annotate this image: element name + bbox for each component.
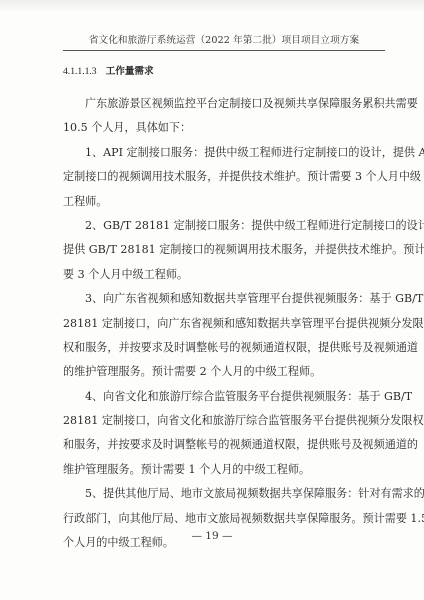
section-number: 4.1.1.1.3 [63,66,97,77]
paragraph-line: 工程师。 [63,192,385,216]
paragraph-line: 10.5 个人月，具体如下： [63,118,385,142]
paragraph-line: 维护管理服务。预计需要 1 个人月的中级工程师。 [63,460,385,484]
paragraph-summary: 广东旅游景区视频监控平台定制接口及视频共享保障服务累积共需要 10.5 个人月，… [63,94,385,143]
paragraph-line: 1、API 定制接口服务：提供中级工程师进行定制接口的设计，提供 API [63,143,385,167]
running-header-title: 省文化和旅游厅系统运营（2022 年第二批）项目项目立项方案 [63,34,385,48]
section-heading: 4.1.1.1.3 工作量需求 [63,65,154,79]
body-text: 广东旅游景区视频监控平台定制接口及视频共享保障服务累积共需要 10.5 个人月，… [63,94,385,557]
paragraph-line: 广东旅游景区视频监控平台定制接口及视频共享保障服务累积共需要 [63,94,385,118]
paragraph-line: 定制接口的视频调用技术服务，并提供技术维护。预计需要 3 个人月中级 [63,167,385,191]
paragraph-line: 权和服务，并按要求及时调整帐号的视频通道权限，提供账号及视频通道 [63,338,385,362]
paragraph-line: 28181 定制接口，向广东省视频和感知数据共享管理平台提供视频分发限 [63,314,385,338]
paragraph-line: 提供 GB/T 28181 定制接口的视频调用技术服务，并提供技术维护。预计需 [63,240,385,264]
paragraph-line: 2、GB/T 28181 定制接口服务：提供中级工程师进行定制接口的设计， [63,216,385,240]
paragraph-item-3: 3、向广东省视频和感知数据共享管理平台提供视频服务：基于 GB/T 28181 … [63,289,385,387]
paragraph-line: 的维护管理服务。预计需要 2 个人月的中级工程师。 [63,362,385,386]
page-number: — 19 — [0,529,424,543]
header-divider [63,50,385,51]
scan-edge-shadow [0,0,424,12]
paragraph-line: 3、向广东省视频和感知数据共享管理平台提供视频服务：基于 GB/T [63,289,385,313]
section-title: 工作量需求 [106,66,154,77]
paragraph-line: 28181 定制接口，向省文化和旅游厅综合监管服务平台提供视频分发限权 [63,411,385,435]
paragraph-line: 4、向省文化和旅游厅综合监管服务平台提供视频服务：基于 GB/T [63,387,385,411]
document-page: 省文化和旅游厅系统运营（2022 年第二批）项目项目立项方案 4.1.1.1.3… [0,0,424,600]
paragraph-item-1: 1、API 定制接口服务：提供中级工程师进行定制接口的设计，提供 API 定制接… [63,143,385,216]
paragraph-item-4: 4、向省文化和旅游厅综合监管服务平台提供视频服务：基于 GB/T 28181 定… [63,387,385,485]
paragraph-line: 5、提供其他厅局、地市文旅局视频数据共享保障服务：针对有需求的 [63,484,385,508]
paragraph-item-5: 5、提供其他厅局、地市文旅局视频数据共享保障服务：针对有需求的 行政部门，向其他… [63,484,385,557]
paragraph-item-2: 2、GB/T 28181 定制接口服务：提供中级工程师进行定制接口的设计， 提供… [63,216,385,289]
paragraph-line: 和服务，并按要求及时调整帐号的视频通道权限，提供账号及视频通道的 [63,435,385,459]
paragraph-line: 要 3 个人月中级工程师。 [63,265,385,289]
